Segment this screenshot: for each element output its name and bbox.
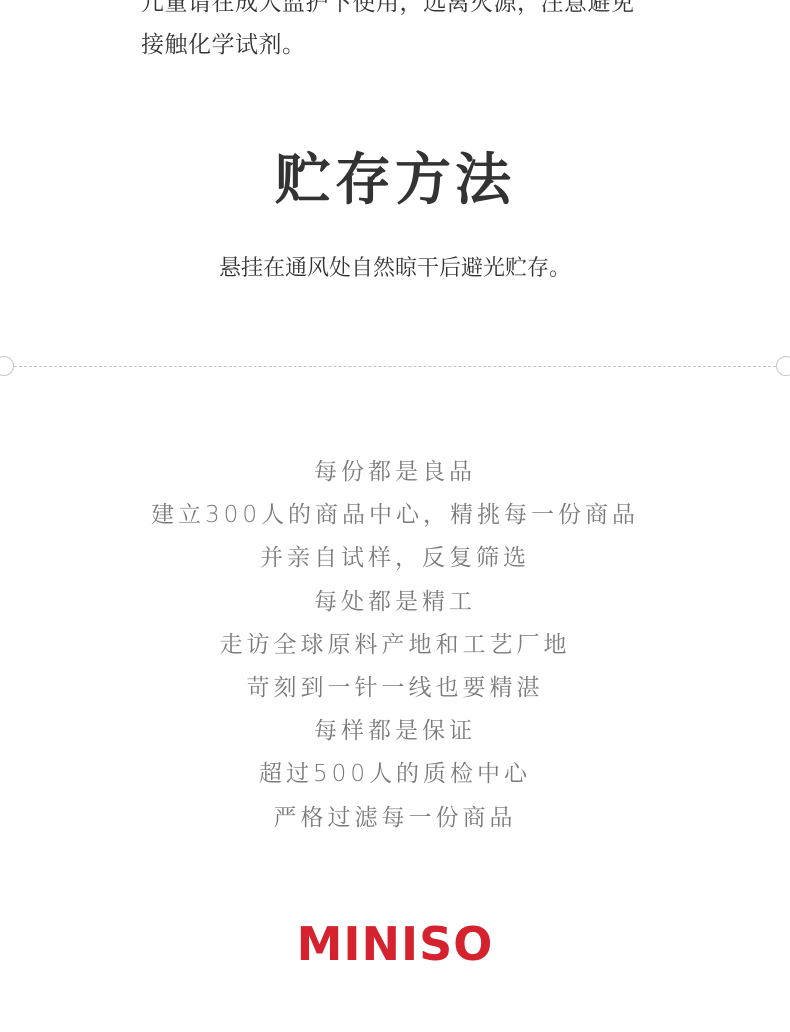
warning-line-2: 接触化学试剂。 [141,24,701,66]
slogan-line: 每样都是保证 [0,710,790,753]
warning-line-1: 儿童请在成人监护下使用，远离火源，注意避免 [141,0,701,24]
dashed-line [14,366,776,367]
usage-warning-text: 儿童请在成人监护下使用，远离火源，注意避免 接触化学试剂。 [141,0,701,66]
slogan-line: 每处都是精工 [0,581,790,624]
slogan-line: 超过500人的质检中心 [0,753,790,796]
slogan-line: 建立300人的商品中心，精挑每一份商品 [0,494,790,537]
right-notch-circle-icon [776,356,790,376]
brand-slogan: 每份都是良品 建立300人的商品中心，精挑每一份商品 并亲自试样，反复筛选 每处… [0,451,790,840]
slogan-line: 每份都是良品 [0,451,790,494]
slogan-line: 并亲自试样，反复筛选 [0,537,790,580]
slogan-line: 苛刻到一针一线也要精湛 [0,667,790,710]
storage-instructions: 悬挂在通风处自然晾干后避光贮存。 [0,252,790,286]
slogan-line: 严格过滤每一份商品 [0,797,790,840]
left-notch-circle-icon [0,356,14,376]
miniso-logo: MINISO [0,916,790,972]
slogan-line: 走访全球原料产地和工艺厂地 [0,624,790,667]
storage-section-title: 贮存方法 [0,148,790,214]
dashed-divider [0,356,790,378]
